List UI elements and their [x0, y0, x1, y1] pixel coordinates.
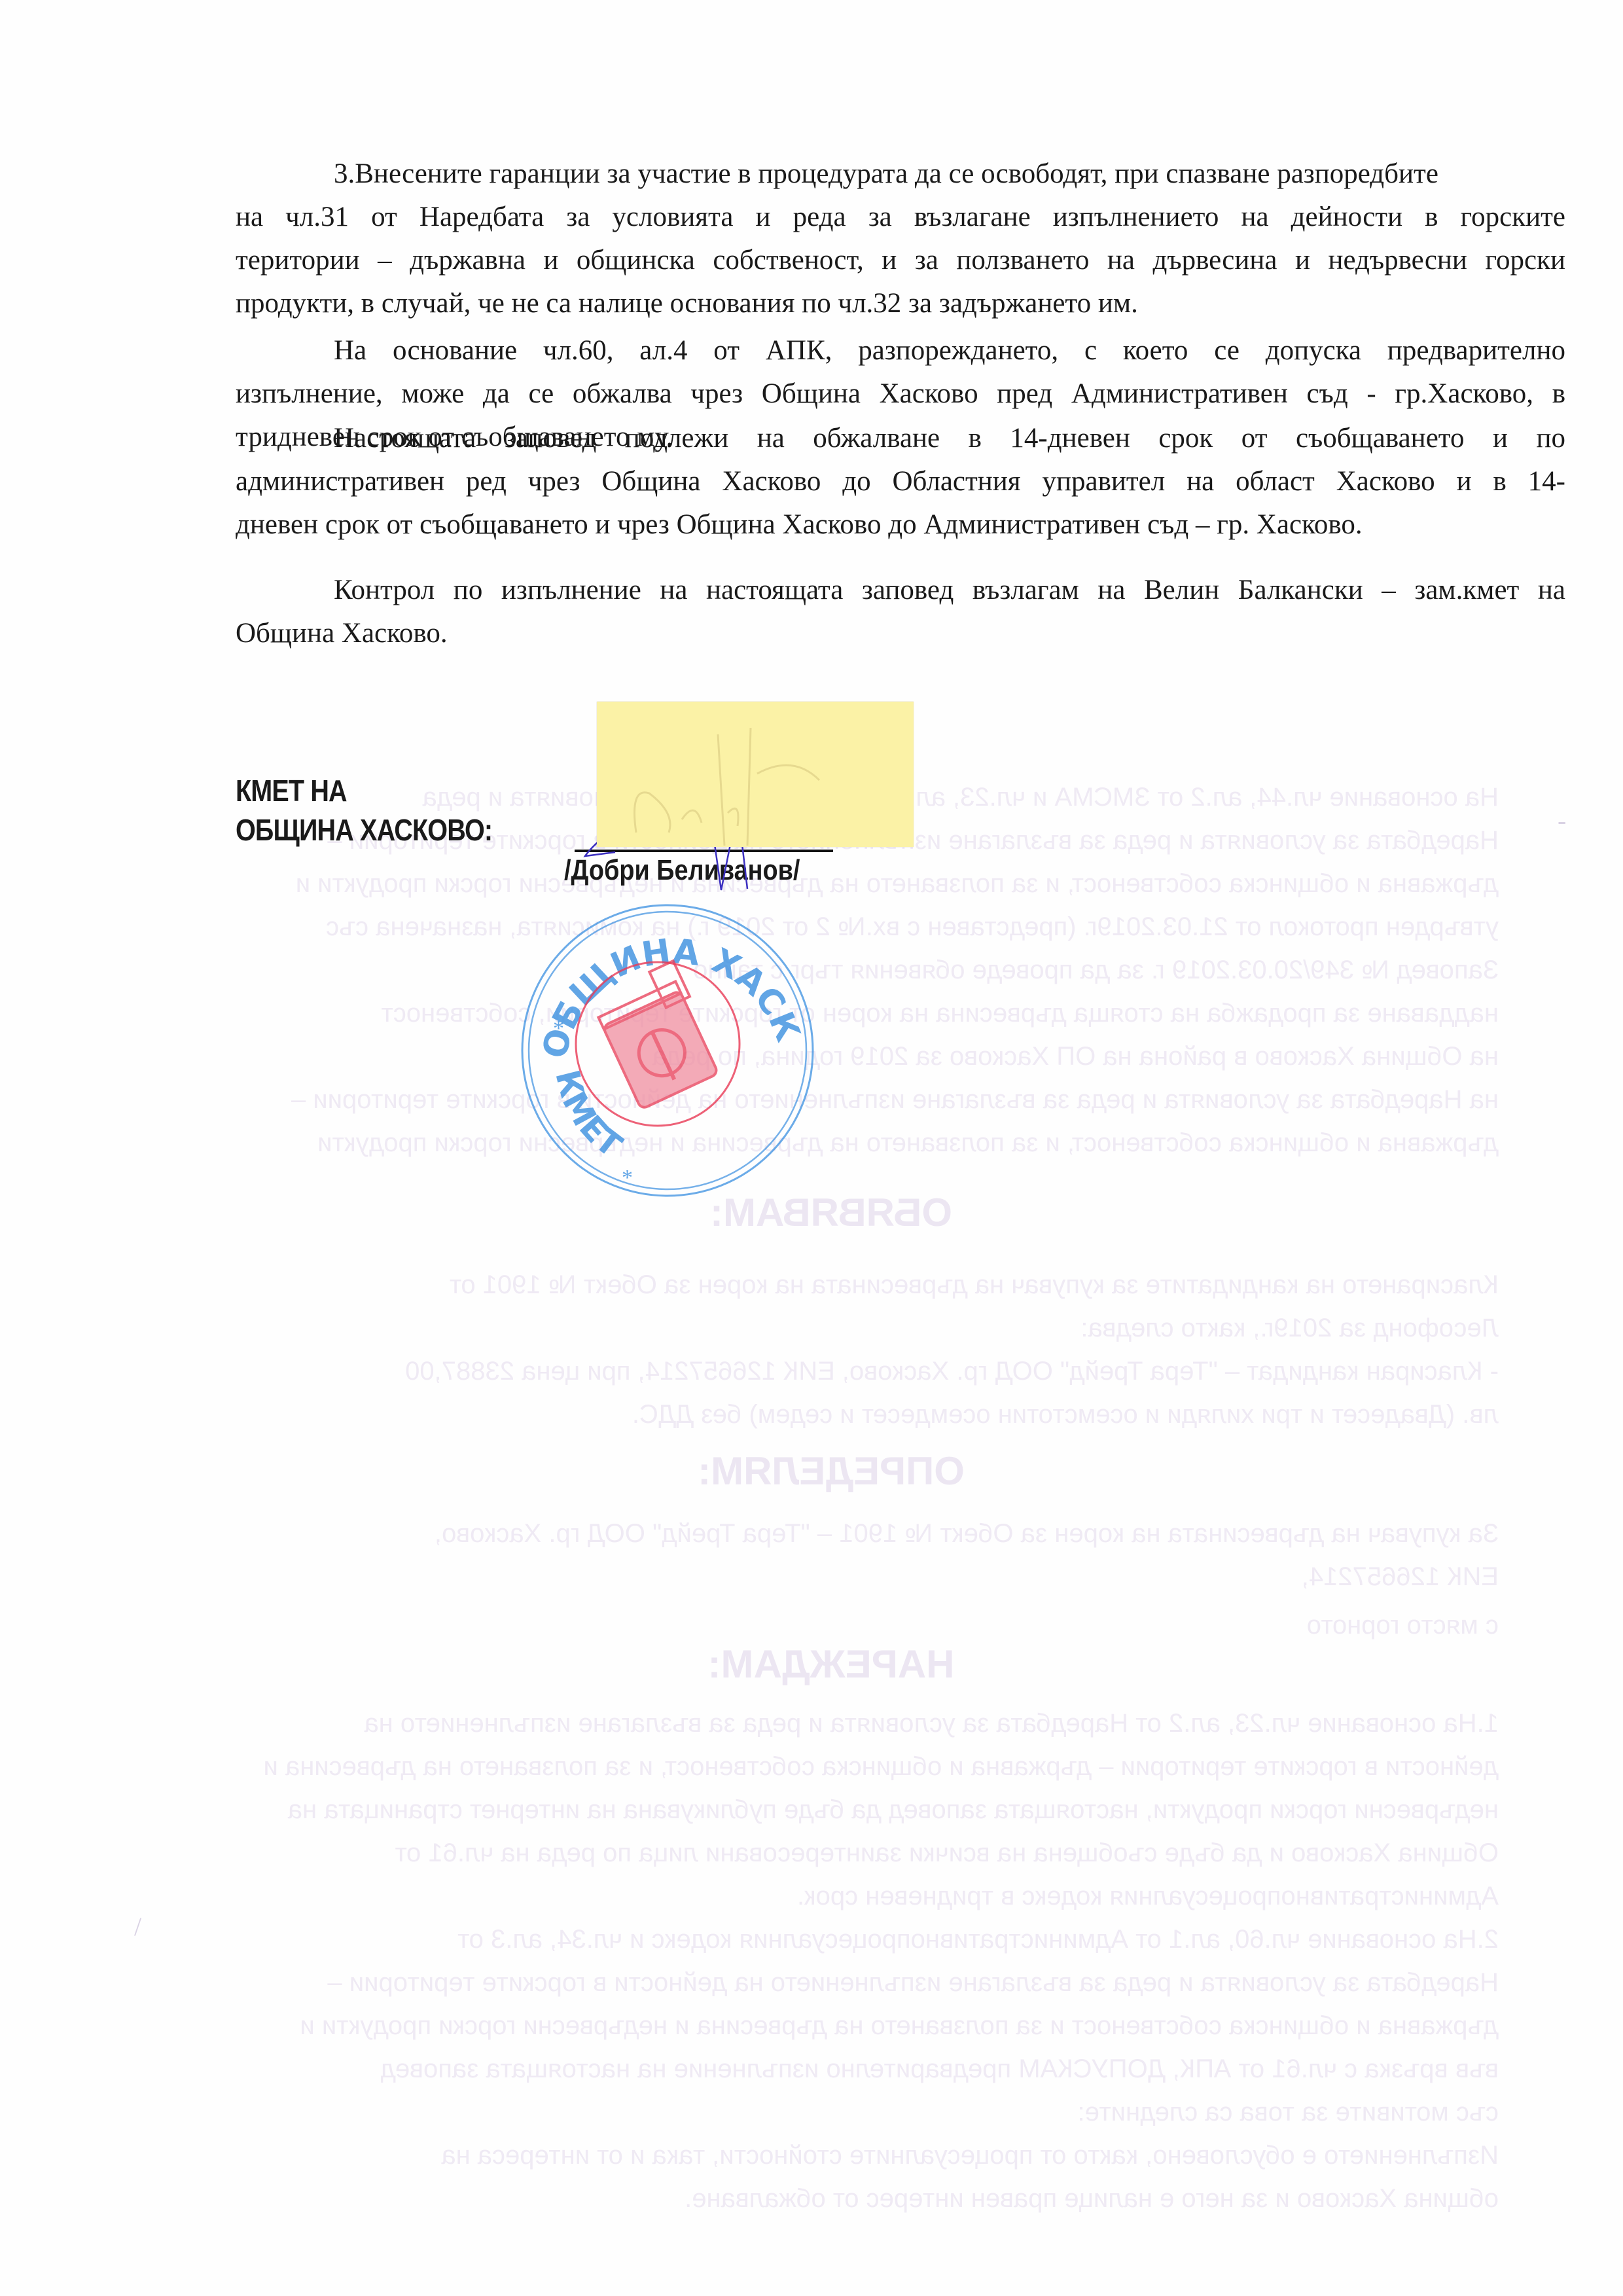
- text-line: административен ред чрез Община Хасково …: [236, 460, 1565, 503]
- text-line: изпълнение, може да се обжалва чрез Общи…: [236, 372, 1565, 416]
- text-line: територии – държавна и общинска собствен…: [236, 239, 1565, 282]
- paragraph-appeal: Настоящата заповед подлежи на обжалване …: [236, 417, 1565, 547]
- sticky-note-redaction: [597, 702, 914, 847]
- document-page: На основание чл.44, ал.2 от ЗМСМА и чл.2…: [0, 0, 1623, 2296]
- text-line: дневен срок от съобщаването и чрез Общин…: [236, 503, 1565, 547]
- signatory-title-line2: ОБЩИНА ХАСКОВО:: [236, 810, 492, 850]
- paragraph-control: Контрол по изпълнение на настоящата запо…: [236, 569, 1565, 655]
- signatory-title-line1: КМЕТ НА: [236, 771, 492, 810]
- star-icon: *: [622, 1166, 633, 1190]
- text-line: На основание чл.60, ал.4 от АПК, разпоре…: [236, 329, 1565, 372]
- signatory-name: /Добри Беливанов/: [564, 852, 800, 889]
- text-line: Контрол по изпълнение на настоящата запо…: [236, 569, 1565, 612]
- paragraph-guarantees: 3.Внесените гаранции за участие в процед…: [236, 152, 1565, 325]
- text-line: Община Хасково.: [236, 612, 1565, 655]
- signature-ghost-icon: [597, 702, 914, 847]
- text-line: продукти, в случай, че не са налице осно…: [236, 282, 1565, 325]
- text-line: Настоящата заповед подлежи на обжалване …: [236, 417, 1565, 460]
- text-line: 3.Внесените гаранции за участие в процед…: [236, 152, 1565, 196]
- signatory-title: КМЕТ НА ОБЩИНА ХАСКОВО:: [236, 771, 492, 850]
- text-line: на чл.31 от Наредбата за условията и ред…: [236, 196, 1565, 239]
